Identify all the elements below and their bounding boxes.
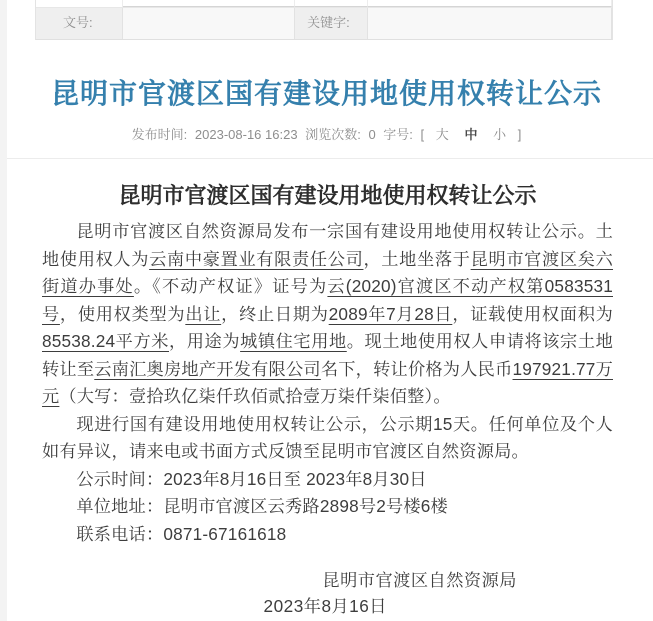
paragraph: 单位地址：昆明市官渡区云秀路2898号2号楼6楼 bbox=[42, 493, 613, 521]
publish-time-label: 发布时间: bbox=[132, 127, 188, 142]
underlined-text: 城镇住宅用地 bbox=[240, 331, 347, 351]
keyword-input[interactable] bbox=[368, 8, 612, 39]
paragraph: 联系电话：0871-67161618 bbox=[42, 521, 613, 549]
page-edge bbox=[0, 0, 7, 621]
font-size-small-button[interactable]: 小 bbox=[493, 127, 506, 142]
publish-time-value: 2023-08-16 16:23 bbox=[195, 127, 298, 142]
cut-cell bbox=[36, 0, 123, 7]
paragraph: 公示时间：2023年8月16日至 2023年8月30日 bbox=[42, 466, 613, 494]
doc-number-label: 文号: bbox=[36, 8, 123, 39]
text-segment: 单位地址：昆明市官渡区云秀路2898号2号楼6楼 bbox=[76, 496, 448, 516]
paragraph: 现进行国有建设用地使用权转让公示，公示期15天。任何单位及个人如有异议，请来电或… bbox=[42, 411, 613, 466]
text-segment: 联系电话：0871-67161618 bbox=[76, 524, 286, 544]
paragraph: 昆明市官渡区自然资源局发布一宗国有建设用地使用权转让公示。土地使用权人为云南中豪… bbox=[42, 218, 613, 411]
text-segment: ，用途为 bbox=[169, 331, 240, 351]
text-segment: ，终止日期为 bbox=[221, 304, 329, 324]
text-segment: ，土地坐落于 bbox=[363, 249, 470, 269]
text-segment: 名下，转让价格为人民币 bbox=[321, 359, 513, 379]
page: { "colors": { "title_blue": "#3580ad", "… bbox=[0, 0, 653, 621]
cut-cell bbox=[368, 0, 612, 7]
underlined-text: 云南汇奥房地产开发有限公司 bbox=[94, 359, 321, 379]
signature-org: 昆明市官渡区自然资源局 bbox=[42, 567, 613, 593]
article: 昆明市官渡区国有建设用地使用权转让公示 昆明市官渡区自然资源局发布一宗国有建设用… bbox=[0, 159, 653, 619]
fontsize-label: 字号: bbox=[383, 127, 413, 142]
underlined-text: 2089年7月28日 bbox=[329, 304, 453, 324]
cut-cell bbox=[123, 0, 295, 7]
underlined-text: 云南中豪置业有限责任公司 bbox=[149, 249, 363, 269]
font-size-large-button[interactable]: 大 bbox=[436, 127, 449, 142]
font-size-medium-button[interactable]: 中 bbox=[464, 127, 477, 142]
views-label: 浏览次数: bbox=[305, 127, 361, 142]
search-form-cut-row bbox=[36, 0, 612, 7]
article-title: 昆明市官渡区国有建设用地使用权转让公示 bbox=[42, 181, 613, 211]
signature-date: 2023年8月16日 bbox=[42, 593, 613, 619]
text-segment: ，使用权类型为 bbox=[60, 304, 185, 324]
text-segment: ，证载使用权面积为 bbox=[452, 304, 613, 324]
page-title: 昆明市官渡区国有建设用地使用权转让公示 bbox=[0, 77, 653, 111]
keyword-label: 关键字: bbox=[295, 8, 368, 39]
text-segment: 。《不动产权证》证号为 bbox=[134, 276, 328, 296]
bracket-open: [ bbox=[421, 127, 425, 142]
bracket-close: ] bbox=[518, 127, 522, 142]
meta-bar: 发布时间: 2023-08-16 16:23 浏览次数: 0 字号: [ 大 中… bbox=[0, 124, 653, 143]
underlined-text: 出让 bbox=[185, 304, 221, 324]
text-segment: 现进行国有建设用地使用权转让公示，公示期15天。任何单位及个人如有异议，请来电或… bbox=[42, 414, 613, 462]
article-body: 昆明市官渡区自然资源局发布一宗国有建设用地使用权转让公示。土地使用权人为云南中豪… bbox=[42, 218, 613, 548]
views-count: 0 bbox=[368, 127, 375, 142]
search-form-row: 文号: 关键字: bbox=[36, 7, 612, 40]
underlined-text: 85538.24平方米 bbox=[42, 331, 169, 351]
cut-cell bbox=[295, 0, 368, 7]
search-form: 文号: 关键字: bbox=[35, 0, 613, 40]
text-segment: 公示时间：2023年8月16日至 2023年8月30日 bbox=[76, 469, 426, 489]
text-segment: （大写：壹拾玖亿柒仟玖佰贰拾壹万柒仟柒佰整）。 bbox=[59, 386, 450, 406]
doc-number-input[interactable] bbox=[123, 8, 295, 39]
